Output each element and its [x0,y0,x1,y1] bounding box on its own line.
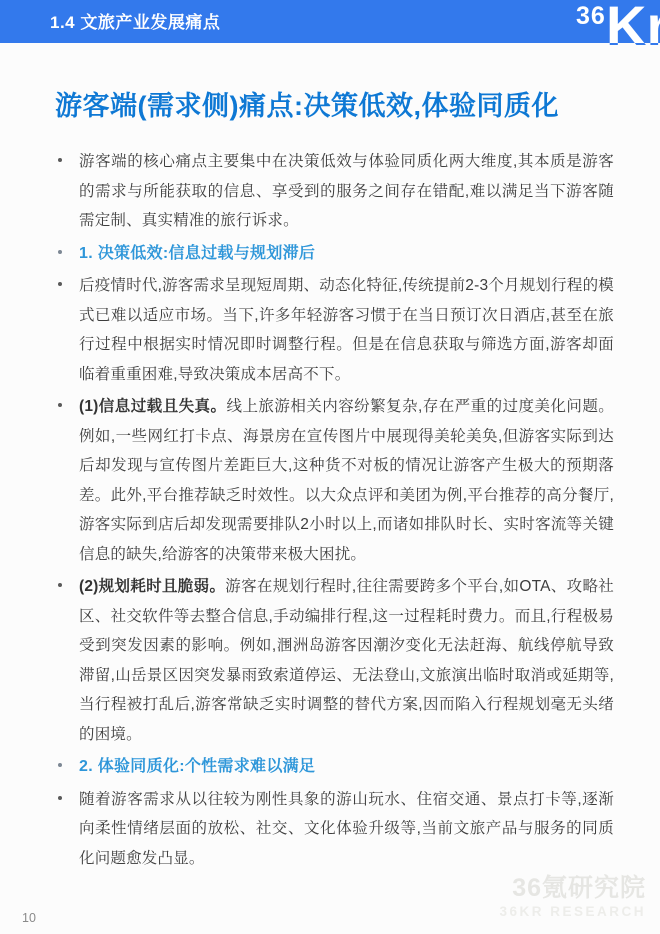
bullet-icon [58,763,62,767]
list-item: 随着游客需求从以往较为刚性具象的游山玩水、住宿交通、景点打卡等,逐渐向柔性情绪层… [55,785,614,874]
bullet-icon [58,158,62,162]
subheading-1: 1. 决策低效:信息过载与规划滞后 [79,239,614,269]
paragraph: 后疫情时代,游客需求呈现短周期、动态化特征,传统提前2-3个月规划行程的模式已难… [79,271,614,389]
paragraph-text: 游客端的核心痛点主要集中在决策低效与体验同质化两大维度,其本质是游客的需求与所能… [79,153,614,229]
list-item-subheading: 2. 体验同质化:个性需求难以满足 [55,752,614,782]
list-item: (1)信息过载且失真。线上旅游相关内容纷繁复杂,存在严重的过度美化问题。例如,一… [55,392,614,569]
list-item-subheading: 1. 决策低效:信息过载与规划滞后 [55,239,614,269]
page-title: 游客端(需求侧)痛点:决策低效,体验同质化 [55,88,614,124]
list-item: 后疫情时代,游客需求呈现短周期、动态化特征,传统提前2-3个月规划行程的模式已难… [55,271,614,389]
list-item: 游客端的核心痛点主要集中在决策低效与体验同质化两大维度,其本质是游客的需求与所能… [55,147,614,236]
paragraph-lead: (1)信息过载且失真。 [79,398,226,415]
paragraph-text: 游客在规划行程时,往往需要跨多个平台,如OTA、攻略社区、社交软件等去整合信息,… [79,578,614,743]
paragraph-lead: (2)规划耗时且脆弱。 [79,578,225,595]
bullet-icon [58,796,62,800]
bullet-icon [58,403,62,407]
subheading-2: 2. 体验同质化:个性需求难以满足 [79,752,614,782]
bullet-icon [58,250,62,254]
paragraph-text: 后疫情时代,游客需求呈现短周期、动态化特征,传统提前2-3个月规划行程的模式已难… [79,277,614,383]
paragraph-text: 线上旅游相关内容纷繁复杂,存在严重的过度美化问题。例如,一些网红打卡点、海景房在… [79,398,614,563]
page-number: 10 [22,911,36,925]
bullet-icon [58,583,62,587]
list-item: (2)规划耗时且脆弱。游客在规划行程时,往往需要跨多个平台,如OTA、攻略社区、… [55,572,614,749]
paragraph-text: 随着游客需求从以往较为刚性具象的游山玩水、住宿交通、景点打卡等,逐渐向柔性情绪层… [79,791,614,867]
document-content: 游客端(需求侧)痛点:决策低效,体验同质化 游客端的核心痛点主要集中在决策低效与… [0,43,660,876]
header-bar: 1.4 文旅产业发展痛点 [0,0,660,43]
paragraph: 游客端的核心痛点主要集中在决策低效与体验同质化两大维度,其本质是游客的需求与所能… [79,147,614,236]
section-title: 1.4 文旅产业发展痛点 [50,0,220,43]
bullet-icon [58,282,62,286]
paragraph: (1)信息过载且失真。线上旅游相关内容纷繁复杂,存在严重的过度美化问题。例如,一… [79,392,614,569]
paragraph: 随着游客需求从以往较为刚性具象的游山玩水、住宿交通、景点打卡等,逐渐向柔性情绪层… [79,785,614,874]
paragraph: (2)规划耗时且脆弱。游客在规划行程时,往往需要跨多个平台,如OTA、攻略社区、… [79,572,614,749]
watermark-en: 36KR RESEARCH [499,904,646,919]
